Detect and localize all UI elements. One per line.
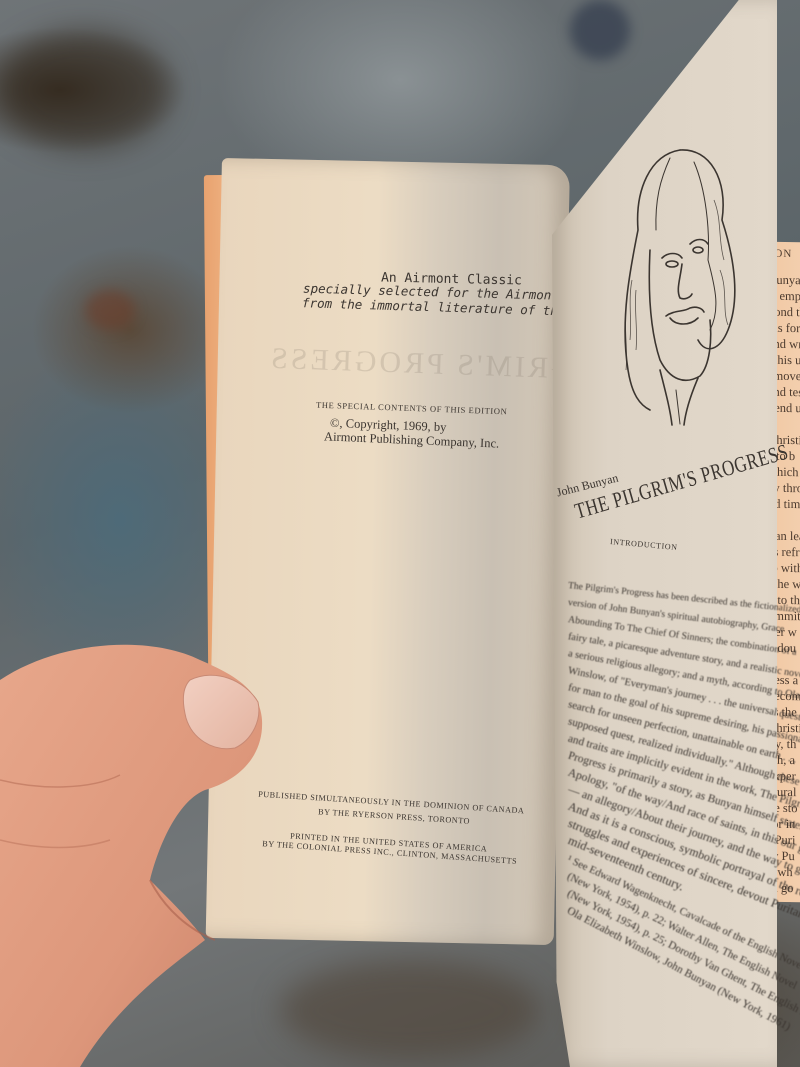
hand (0, 640, 270, 1067)
introduction-text: The Pilgrim's Progress has been describe… (568, 578, 748, 918)
concrete-stain (0, 30, 170, 150)
concrete-stain (570, 0, 630, 60)
concrete-stain (85, 290, 135, 330)
concrete-stain (280, 960, 540, 1060)
portrait-illustration (610, 140, 740, 430)
